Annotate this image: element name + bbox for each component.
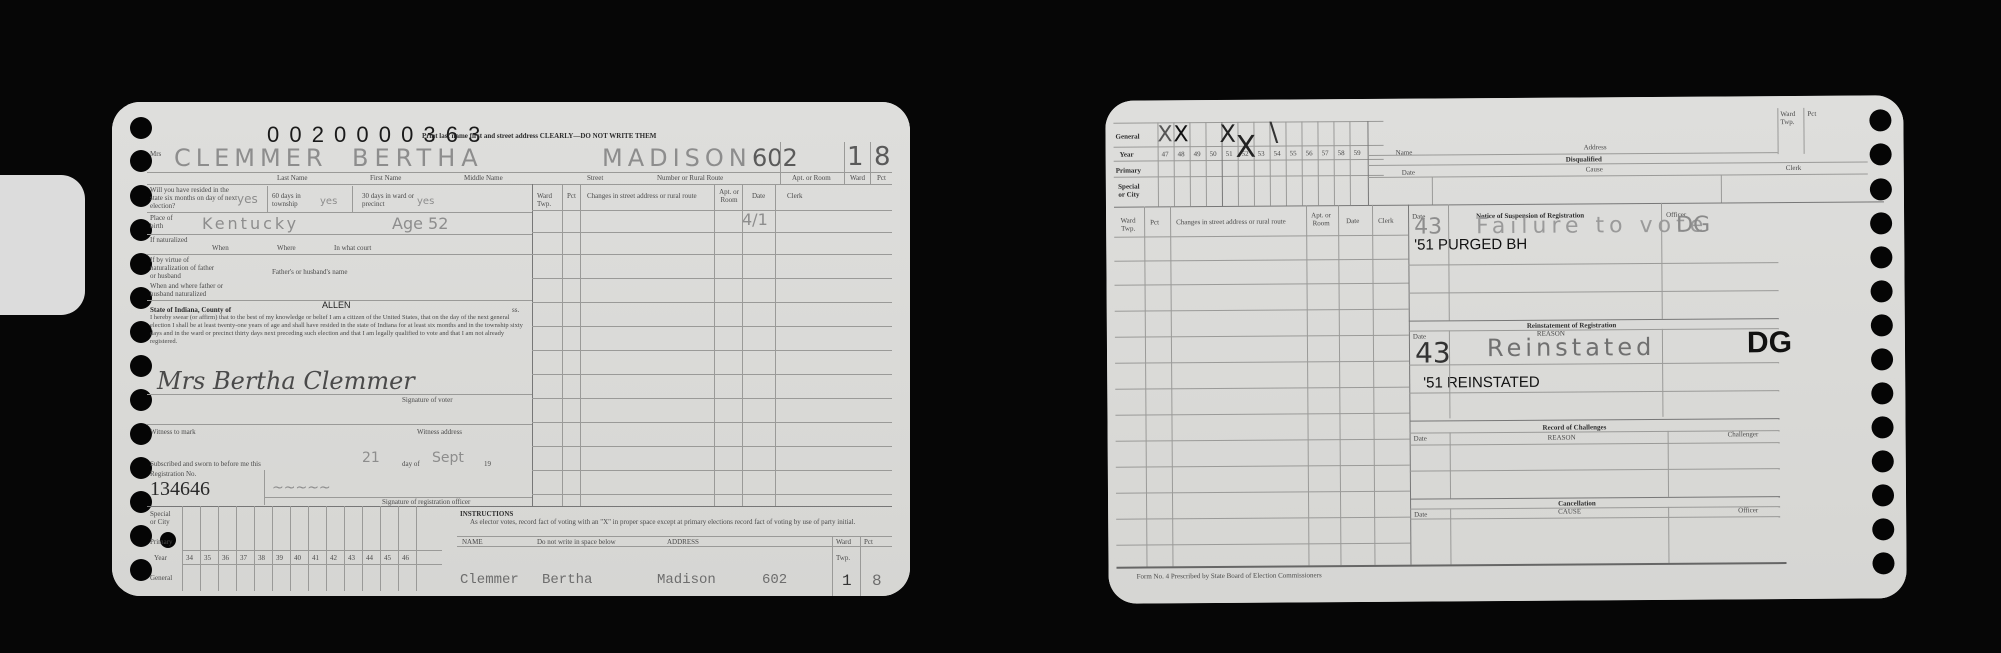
vote-row-special: Special or City — [150, 510, 178, 526]
vote-mark-52: X — [1235, 130, 1256, 165]
county-value: ALLEN — [322, 300, 351, 310]
vote-row-general: General — [150, 574, 172, 582]
officer-signature: ~~~~~ — [272, 480, 331, 496]
label-number: Number or Rural Route — [657, 174, 723, 182]
back-label-ward-twp: Ward Twp. — [1780, 110, 1802, 126]
suspension-handwritten-officer: DG — [1676, 213, 1710, 238]
back-label-disqualified: Disqualified — [1566, 155, 1602, 163]
label-middle-name: Middle Name — [464, 174, 503, 182]
challenges-reason-label: REASON — [1548, 434, 1576, 442]
label-pct: Pct — [877, 174, 886, 182]
label-witness-address: Witness address — [417, 428, 462, 436]
back-col-apt: Apt. or Room — [1310, 211, 1332, 227]
label-first-name: First Name — [370, 174, 401, 182]
instructions-title: INSTRUCTIONS — [460, 510, 513, 518]
label-officer-signature: Signature of registration officer — [382, 498, 470, 506]
place-of-birth-value: Kentucky — [202, 214, 299, 233]
reinstatement-officer-initials: DG — [1747, 326, 1792, 360]
back-col-pct: Pct — [1150, 218, 1159, 226]
cancellation-date-label: Date — [1414, 511, 1427, 519]
first-name-value: BERTHA — [352, 144, 484, 172]
registration-card-back: General Year Primary Special or City 47 … — [1105, 95, 1906, 604]
typed-street: Madison — [657, 572, 716, 588]
label-father-husband-name: Father's or husband's name — [272, 268, 347, 276]
col-pct: Pct — [567, 192, 576, 200]
back-label-cause: Cause — [1586, 165, 1603, 173]
back-label-pct: Pct — [1807, 110, 1816, 118]
typed-first-name: Bertha — [542, 572, 592, 588]
footer-label-do-not-write: Do not write in space below — [537, 538, 616, 546]
label-naturalized: If naturalized — [150, 236, 188, 244]
footer-label-twp: Twp. — [836, 554, 850, 562]
registration-card-front: 0 0 2 0 0 0 0 3 6 3 Print last name firs… — [112, 102, 910, 596]
label-signature-voter: Signature of voter — [402, 396, 453, 404]
mrs-label: Mrs — [150, 150, 161, 158]
reinstated-stamp: '51 REINSTATED — [1423, 374, 1540, 392]
reinstatement-handwritten-reason: Reinstated — [1487, 333, 1655, 362]
back-row-primary: Primary — [1116, 167, 1141, 175]
subscribed-year: 19 — [484, 460, 491, 468]
last-name-value: CLEMMER — [174, 144, 328, 172]
day-of-label: day of — [402, 460, 420, 468]
back-row-year: Year — [1120, 151, 1134, 159]
instructions-text: As elector votes, record fact of voting … — [470, 518, 870, 526]
back-row-general: General — [1115, 133, 1139, 141]
label-where: Where — [277, 244, 296, 252]
col-apt: Apt. or Room — [719, 188, 739, 204]
form-footer: Form No. 4 Prescribed by State Board of … — [1137, 571, 1322, 580]
subscribed-day: 21 — [362, 450, 380, 466]
days60-value: yes — [320, 196, 337, 207]
challenges-challenger-label: Challenger — [1728, 430, 1759, 438]
back-col-clerk: Clerk — [1378, 217, 1394, 225]
col-date: Date — [752, 192, 765, 200]
oath-text: I hereby swear (or affirm) that to the b… — [150, 314, 530, 346]
age-value: Age 52 — [392, 214, 448, 233]
subscribed-month: Sept — [432, 450, 464, 466]
vote-mark-51: X — [1219, 120, 1236, 148]
back-label-clerk: Clerk — [1786, 164, 1802, 172]
vote-mark-54: \ — [1269, 118, 1278, 148]
cancellation-cause-label: CAUSE — [1558, 507, 1581, 515]
resided-state-value: yes — [237, 192, 258, 206]
label-ward: Ward — [850, 174, 865, 182]
number-value: 602 — [752, 144, 798, 172]
purged-stamp: '51 PURGED BH — [1414, 236, 1527, 254]
label-30-days: 30 days in ward or precinct — [362, 192, 422, 208]
vote-mark-48: X — [1173, 122, 1188, 147]
voter-signature: Mrs Bertha Clemmer — [157, 367, 415, 395]
label-street: Street — [587, 174, 603, 182]
label-in-what-court: In what court — [334, 244, 371, 252]
ward-value: 1 — [847, 142, 864, 172]
cancellation-officer-label: Officer — [1738, 506, 1758, 514]
typed-last-name: Clemmer — [460, 572, 519, 588]
label-when-where-father: When and where father or husband natural… — [150, 282, 225, 298]
label-60-days: 60 days in township — [272, 192, 322, 208]
back-label-date: Date — [1402, 169, 1415, 177]
label-resided-state: Will you have resided in the state six m… — [150, 186, 240, 210]
col-ward-twp: Ward Twp. — [537, 192, 561, 208]
label-father-husband: If by virtue of naturalization of father… — [150, 256, 220, 280]
footer-label-pct: Pct — [864, 538, 873, 546]
typed-ward: 1 — [842, 572, 852, 590]
col-changes: Changes in street address or rural route — [587, 192, 697, 200]
challenges-date-label: Date — [1414, 435, 1427, 443]
label-apt: Apt. or Room — [792, 174, 831, 182]
back-col-changes: Changes in street address or rural route — [1176, 218, 1286, 227]
back-row-special: Special or City — [1116, 183, 1142, 199]
back-col-date: Date — [1346, 217, 1359, 225]
change-date-handwritten: 4/1 — [742, 210, 768, 229]
days30-value: yes — [417, 196, 434, 207]
back-col-ward-twp: Ward Twp. — [1116, 217, 1140, 233]
label-place-of-birth: Place of birth — [150, 214, 180, 230]
header-instruction: Print last name first and street address… — [422, 132, 656, 140]
vote-row-primary: Primary — [150, 538, 173, 546]
label-witness-mark: Witness to mark — [150, 428, 196, 436]
label-when: When — [212, 244, 229, 252]
subscribed-text: Subscribed and sworn to before me this — [150, 460, 261, 468]
vote-mark-47: X — [1157, 122, 1172, 147]
oath-state-line: State of Indiana, County of — [150, 306, 231, 314]
pct-value: 8 — [874, 142, 891, 172]
back-label-address: Address — [1584, 143, 1607, 151]
cancellation-title: Cancellation — [1558, 499, 1596, 507]
oath-ss: ss. — [512, 306, 519, 314]
typed-pct: 8 — [872, 572, 882, 590]
registration-number: 134646 — [150, 478, 210, 501]
street-value: MADISON — [602, 144, 752, 172]
footer-label-name: NAME — [462, 538, 483, 546]
label-last-name: Last Name — [277, 174, 308, 182]
footer-label-ward: Ward — [836, 538, 851, 546]
footer-label-address: ADDRESS — [667, 538, 699, 546]
label-registration-no: Registration No. — [150, 470, 196, 478]
vote-row-year: Year — [154, 554, 167, 562]
typed-number: 602 — [762, 572, 787, 588]
col-clerk: Clerk — [787, 192, 803, 200]
scan-edge-artifact — [0, 175, 85, 315]
